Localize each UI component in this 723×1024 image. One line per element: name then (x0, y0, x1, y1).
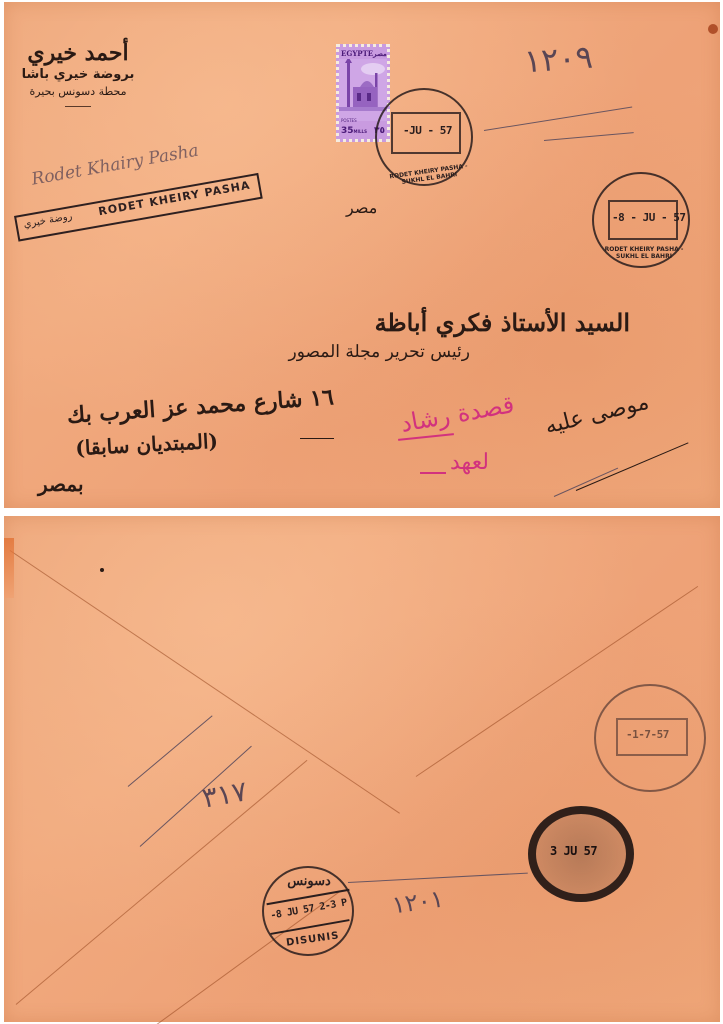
stamp-country-arabic: مصر (373, 49, 387, 58)
stamp-value-latin: 35 (341, 126, 354, 136)
postmark-disunis: دسونس -8 JU 57 2-3 P DISUNIS (262, 866, 354, 956)
postmark-front-1: -JU - 57 RODET KHEIRY PASHA - SUKHL EL B… (375, 88, 473, 186)
sender-name: أحمد خيري (18, 40, 138, 66)
envelope-front: أحمد خيري بروضة خيري باشا محطة دسونس بحي… (4, 2, 720, 508)
address-line-2: (المبتديان سابقا) (18, 429, 219, 463)
red-note-1: قصدة رشاد (398, 390, 516, 438)
registered-note: موصى عليه (543, 390, 652, 440)
pencil-annotation: Rodet Khairy Pasha (30, 141, 200, 190)
number-underline (300, 438, 334, 439)
postmark-ring-text: RODET KHEIRY PASHA - SUKHL EL BAHRI (604, 246, 684, 260)
postmark-date: 3 JU 57 (550, 844, 597, 858)
addressee-name: السيد الأستاذ فكري أباظة (260, 308, 630, 337)
postmark-city-latin: DISUNIS (285, 930, 340, 948)
postmark-ring-text: RODET KHEIRY PASHA - SUKHL EL BAHRI (388, 163, 469, 188)
registered-underline (576, 442, 689, 491)
postmark-back-right: -1-7-57 (594, 684, 706, 792)
sender-block: أحمد خيري بروضة خيري باشا محطة دسونس بحي… (18, 40, 138, 107)
postmark-city-arabic: دسونس (284, 874, 334, 889)
pencil-stroke (484, 107, 632, 131)
ink-dot (100, 568, 104, 572)
pencil-number: ١٢٠٩ (523, 38, 594, 81)
postmark-date: -8 - JU - 57 (612, 211, 685, 224)
box-cancel-arabic: روضة خيري (23, 211, 73, 230)
envelope-back: ٣١٧ ١٢٠١ -1-7-57 3 JU 57 دسونس -8 JU 57 … (4, 516, 720, 1022)
pencil-stroke (544, 132, 634, 141)
red-stroke (420, 472, 446, 474)
stamp-country-latin: EGYPTE (341, 49, 373, 58)
postmark-back-black: 3 JU 57 (528, 806, 634, 902)
country-word: مصر (346, 198, 377, 217)
pencil-stroke-long (348, 873, 528, 883)
stamp-postes-label: POSTES (341, 118, 357, 123)
sender-rule (65, 106, 91, 107)
postmark-date: -1-7-57 (626, 728, 669, 741)
registered-underline-2 (554, 468, 618, 497)
back-pencil-mark-2: ١٢٠١ (390, 885, 445, 920)
stain-spot (708, 24, 718, 34)
stamp-unit: MILLS (354, 129, 367, 134)
mosque-illustration-icon (339, 59, 387, 121)
pencil-stroke (128, 715, 213, 786)
postmark-front-2: -8 - JU - 57 RODET KHEIRY PASHA - SUKHL … (592, 172, 690, 268)
sender-line-2: بروضة خيري باشا (18, 66, 138, 84)
back-pencil-mark-1: ٣١٧ (199, 774, 249, 814)
addressee-title: رئيس تحرير مجلة المصور (240, 342, 470, 362)
flap-fold-line (16, 760, 308, 1005)
torn-edge (4, 538, 14, 598)
address-line-1: ١٦ شارع محمد عز العرب بك (53, 384, 334, 429)
flap-fold-line (10, 550, 400, 814)
red-note-2: لعهد (450, 450, 489, 475)
address-city: بمصر (38, 472, 84, 496)
box-cancel-text: RODET KHEIRY PASHA (97, 179, 251, 219)
sender-line-3: محطة دسونس بحيرة (18, 84, 138, 100)
postmark-date: -JU - 57 (403, 124, 452, 137)
